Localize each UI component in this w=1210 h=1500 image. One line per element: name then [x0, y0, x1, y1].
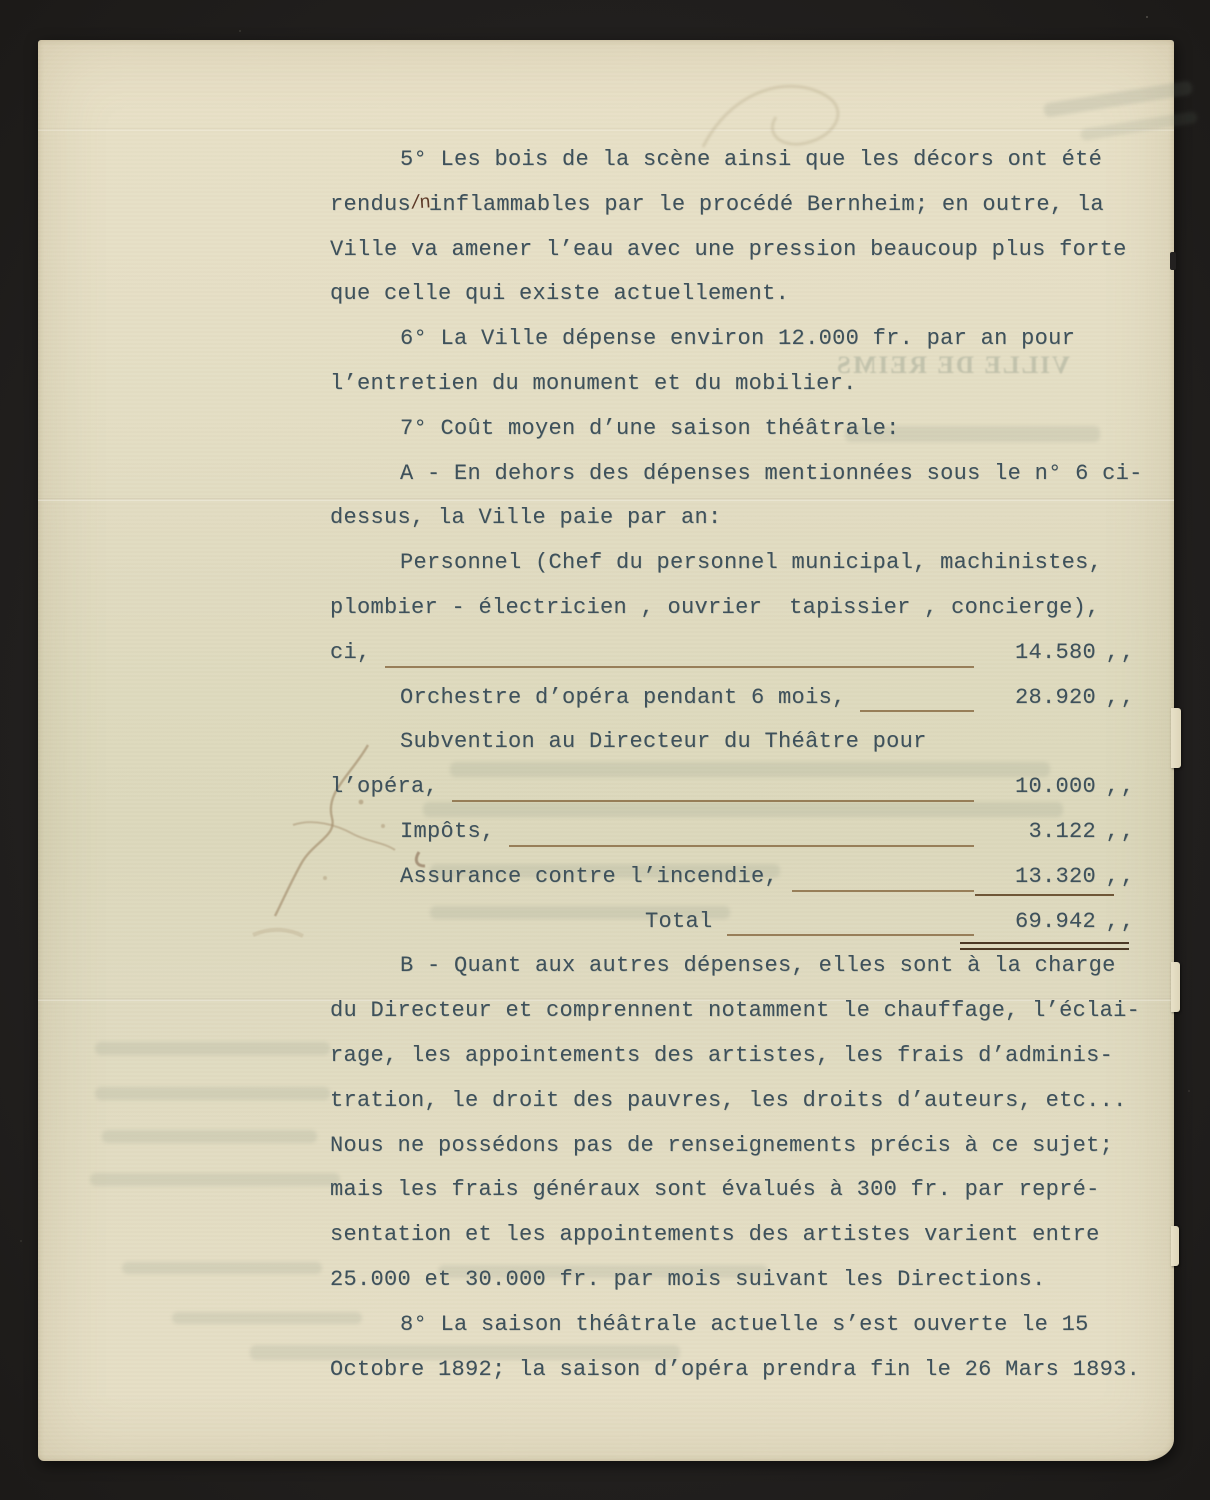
line-text: B - Quant aux autres dépenses, elles son…	[330, 944, 1116, 989]
ledger-amount: 14.580	[1000, 631, 1096, 676]
text-line: 25.000 et 30.000 fr. par mois suivant le…	[330, 1258, 1136, 1303]
text-line: rage, les appointements des artistes, le…	[330, 1034, 1136, 1079]
ledger-figures: 13.320,,	[1000, 855, 1136, 900]
text-line: tration, le droit des pauvres, les droit…	[330, 1079, 1136, 1124]
line-text: A - En dehors des dépenses mentionnées s…	[330, 452, 1143, 497]
text-line: l’entretien du monument et du mobilier.	[330, 362, 1136, 407]
line-text: Octobre 1892; la saison d’opéra prendra …	[330, 1348, 1140, 1393]
leader-rule	[452, 800, 974, 802]
centimes-placeholder: ,,	[1096, 631, 1136, 676]
line-text: Subvention au Directeur du Théâtre pour	[330, 720, 927, 765]
text-line: plombier - électricien , ouvrier tapissi…	[330, 586, 1136, 631]
ledger-label: Total	[330, 900, 713, 945]
ledger-amount: 69.942	[1000, 900, 1096, 945]
text-line: rendus/ninflammables par le procédé Bern…	[330, 183, 1136, 228]
text-line: du Directeur et comprennent notamment le…	[330, 989, 1136, 1034]
text-line: Ville va amener l’eau avec une pression …	[330, 228, 1136, 273]
line-text: inflammables par le procédé Bernheim; en…	[429, 192, 1104, 217]
leader-rule	[860, 710, 974, 712]
bleedthrough-mark	[1080, 111, 1198, 141]
text-line: 5° Les bois de la scène ainsi que les dé…	[330, 138, 1136, 183]
line-text: 5° Les bois de la scène ainsi que les dé…	[330, 138, 1102, 183]
line-text: 6° La Ville dépense environ 12.000 fr. p…	[330, 317, 1075, 362]
centimes-placeholder: ,,	[1096, 900, 1136, 945]
line-text: tration, le droit des pauvres, les droit…	[330, 1079, 1127, 1124]
ledger-label: l’opéra,	[330, 765, 438, 810]
leader-rule	[385, 666, 974, 668]
bleedthrough-mark	[122, 1262, 322, 1274]
line-text: rendus/ninflammables par le procédé Bern…	[330, 183, 1104, 228]
line-text: 7° Coût moyen d’une saison théâtrale:	[330, 407, 900, 452]
line-text: rage, les appointements des artistes, le…	[330, 1034, 1113, 1079]
ledger-line: ci,14.580,,	[330, 631, 1136, 676]
bleedthrough-mark	[95, 1087, 330, 1100]
line-text: que celle qui existe actuellement.	[330, 272, 789, 317]
ledger-line: Orchestre d’opéra pendant 6 mois,28.920,…	[330, 676, 1136, 721]
text-line: dessus, la Ville paie par an:	[330, 496, 1136, 541]
underlying-page-edge	[1171, 708, 1181, 768]
bleedthrough-mark	[102, 1130, 317, 1143]
line-text: mais les frais généraux sont évalués à 3…	[330, 1168, 1100, 1213]
handwritten-insertion: /n	[408, 180, 430, 226]
paper-edge-notch	[1170, 252, 1176, 270]
paper-crease	[38, 128, 1174, 131]
text-line: 8° La saison théâtrale actuelle s’est ou…	[330, 1303, 1136, 1348]
typewritten-text: 5° Les bois de la scène ainsi que les dé…	[330, 138, 1136, 1392]
ledger-line: Assurance contre l’incendie,13.320,,	[330, 855, 1136, 900]
ledger-amount: 13.320	[1000, 855, 1096, 900]
text-line: Nous ne possédons pas de renseignements …	[330, 1124, 1136, 1169]
ledger-label: Assurance contre l’incendie,	[330, 855, 778, 900]
text-line: mais les frais généraux sont évalués à 3…	[330, 1168, 1136, 1213]
text-line: que celle qui existe actuellement.	[330, 272, 1136, 317]
bleedthrough-mark	[95, 1042, 330, 1055]
underlying-page-edge	[1171, 962, 1180, 1012]
ledger-amount: 3.122	[1000, 810, 1096, 855]
ledger-label: ci,	[330, 631, 371, 676]
ledger-label: Orchestre d’opéra pendant 6 mois,	[330, 676, 846, 721]
ledger-figures: 3.122,,	[1000, 810, 1136, 855]
ledger-line: l’opéra,10.000,,	[330, 765, 1136, 810]
ledger-amount: 10.000	[1000, 765, 1096, 810]
leader-rule	[727, 934, 974, 936]
line-text: Personnel (Chef du personnel municipal, …	[330, 541, 1102, 586]
centimes-placeholder: ,,	[1096, 676, 1136, 721]
line-text: dessus, la Ville paie par an:	[330, 496, 722, 541]
photograph-background: VILLE DE REIMS 5° Les bois de la scène a…	[0, 0, 1210, 1500]
line-text: du Directeur et comprennent notamment le…	[330, 989, 1140, 1034]
text-line: 6° La Ville dépense environ 12.000 fr. p…	[330, 317, 1136, 362]
text-line: B - Quant aux autres dépenses, elles son…	[330, 944, 1136, 989]
line-text: l’entretien du monument et du mobilier.	[330, 362, 857, 407]
ledger-figures: 69.942,,	[1000, 900, 1136, 945]
ledger-amount: 28.920	[1000, 676, 1096, 721]
document-page: VILLE DE REIMS 5° Les bois de la scène a…	[38, 40, 1174, 1461]
bleedthrough-mark	[90, 1173, 340, 1186]
line-text: Nous ne possédons pas de renseignements …	[330, 1124, 1113, 1169]
text-line: Octobre 1892; la saison d’opéra prendra …	[330, 1348, 1136, 1393]
ledger-figures: 10.000,,	[1000, 765, 1136, 810]
text-line: sentation et les appointements des artis…	[330, 1213, 1136, 1258]
dust-specks	[0, 0, 2, 2]
text-line: A - En dehors des dépenses mentionnées s…	[330, 452, 1136, 497]
leader-rule	[792, 890, 974, 892]
underlying-page-edge	[1171, 1226, 1179, 1266]
centimes-placeholder: ,,	[1096, 810, 1136, 855]
line-text: sentation et les appointements des artis…	[330, 1213, 1100, 1258]
line-text: 8° La saison théâtrale actuelle s’est ou…	[330, 1303, 1089, 1348]
leader-rule	[509, 845, 974, 847]
ledger-label: Impôts,	[330, 810, 495, 855]
ledger-figures: 28.920,,	[1000, 676, 1136, 721]
text-line: Subvention au Directeur du Théâtre pour	[330, 720, 1136, 765]
ledger-figures: 14.580,,	[1000, 631, 1136, 676]
line-text: 25.000 et 30.000 fr. par mois suivant le…	[330, 1258, 1046, 1303]
centimes-placeholder: ,,	[1096, 855, 1136, 900]
bleedthrough-mark	[1043, 80, 1193, 117]
line-text: Ville va amener l’eau avec une pression …	[330, 228, 1127, 273]
ledger-line: Impôts,3.122,,	[330, 810, 1136, 855]
text-line: Personnel (Chef du personnel municipal, …	[330, 541, 1136, 586]
line-text: plombier - électricien , ouvrier tapissi…	[330, 586, 1100, 631]
ledger-line: Total69.942,,	[330, 900, 1136, 945]
text-line: 7° Coût moyen d’une saison théâtrale:	[330, 407, 1136, 452]
centimes-placeholder: ,,	[1096, 765, 1136, 810]
line-text: rendus	[330, 192, 411, 217]
